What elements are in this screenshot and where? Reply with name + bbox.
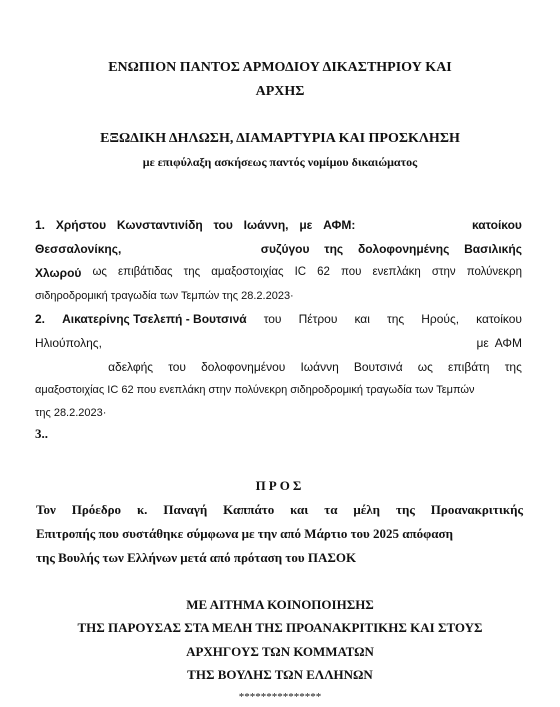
party1-line3: Χλωρού ως επιβάτιδας της αμαξοστοιχίας I… [35, 266, 522, 280]
party1-word: 62 [317, 266, 330, 280]
party2-word: επιβάτη [448, 360, 490, 374]
addressee-word: Τον [36, 502, 56, 518]
addressee-heading: ΠΡΟΣ [0, 478, 560, 494]
notice-line2: ΤΗΣ ΠΑΡΟΥΣΑΣ ΣΤΑ ΜΕΛΗ ΤΗΣ ΠΡΟΑΝΑΚΡΙΤΙΚΗΣ… [0, 620, 560, 636]
redacted-area [35, 360, 93, 374]
party1-word: ως [92, 266, 107, 280]
addressee-word: κ. [137, 502, 147, 518]
party2-word: του [168, 360, 186, 374]
party2-word: του [264, 312, 282, 326]
party2-word: της [387, 312, 404, 326]
party1-word: IC [295, 266, 307, 280]
addressee-line3: της Βουλής των Ελλήνων μετά από πρόταση … [36, 550, 523, 566]
separator-stars: *************** [0, 691, 560, 703]
party1-word: που [341, 266, 361, 280]
party2-number: 2. [35, 312, 45, 326]
party1-line4: σιδηροδρομική τραγωδία των Τεμπών της 28… [35, 290, 522, 302]
party1-number: 1. [35, 218, 45, 232]
party2-word: Ηρούς, [421, 312, 459, 326]
party1-word: πολύνεκρη [467, 266, 522, 280]
notice-line1: ΜΕ ΑΙΤΗΜΑ ΚΟΙΝΟΠΟΙΗΣΗΣ [0, 597, 560, 613]
party2-line4: αμαξοστοιχίας IC 62 που ενεπλάκη στην πο… [35, 384, 522, 396]
party1-word: της [324, 242, 343, 256]
party2-line2: Ηλιούπολης, με ΑΦΜ [35, 336, 522, 350]
party1-line2: Θεσσαλονίκης, συζύγου της δολοφονημένης … [35, 242, 522, 256]
party1-word: Κωνσταντινίδη [117, 218, 203, 232]
party1-line1: 1. Χρήστου Κωνσταντινίδη του Ιωάννη, με … [35, 218, 522, 232]
notice-line4: ΤΗΣ ΒΟΥΛΗΣ ΤΩΝ ΕΛΛΗΝΩΝ [0, 667, 560, 683]
party2-name: Αικατερίνης Τσελεπή - Βουτσινά [62, 312, 247, 326]
party1-word: ενεπλάκη [373, 266, 421, 280]
party2-word: και [354, 312, 369, 326]
party2-word: με ΑΦΜ [477, 336, 523, 350]
party1-word: Χλωρού [35, 266, 81, 280]
party1-word: Ιωάννη, [244, 218, 289, 232]
party2-line3: αδελφής του δολοφονημένου Ιωάννη Βουτσιν… [35, 360, 522, 374]
addressee-line1: Τον Πρόεδρο κ. Παναγή Καππάτο και τα μέλ… [36, 502, 523, 518]
addressee-word: Προανακριτικής [431, 502, 523, 518]
party1-word: στην [432, 266, 456, 280]
addressee-word: Πρόεδρο [72, 502, 121, 518]
addressee-line2: Επιτροπής που συστάθηκε σύμφωνα με την α… [36, 526, 523, 542]
addressee-word: της [396, 502, 415, 518]
party2-word: Ιωάννη [300, 360, 338, 374]
party2-word: δολοφονημένου [201, 360, 285, 374]
party1-word: επιβάτιδας [118, 266, 173, 280]
party2-word: Βουτσινά [354, 360, 403, 374]
party1-word: του [214, 218, 233, 232]
redacted-area [366, 218, 461, 232]
party2-line1: 2. Αικατερίνης Τσελεπή - Βουτσινά του Πέ… [35, 312, 522, 326]
party1-word: ΑΦΜ: [323, 218, 355, 232]
court-heading-line1: ΕΝΩΠΙΟΝ ΠΑΝΤΟΣ ΑΡΜΟΔΙΟΥ ΔΙΚΑΣΤΗΡΙΟΥ ΚΑΙ [0, 60, 560, 76]
document-page: ΕΝΩΠΙΟΝ ΠΑΝΤΟΣ ΑΡΜΟΔΙΟΥ ΔΙΚΑΣΤΗΡΙΟΥ ΚΑΙ … [0, 0, 560, 707]
addressee-word: τα [324, 502, 337, 518]
party2-line5: της 28.2.2023· [35, 407, 522, 419]
party2-word: κατοίκου [476, 312, 522, 326]
addressee-word: Παναγή [163, 502, 207, 518]
party2-word: Πέτρου [299, 312, 338, 326]
party1-word: με [299, 218, 312, 232]
addressee-word: μέλη [353, 502, 380, 518]
party1-word: δολοφονημένης [358, 242, 449, 256]
party2-word: Ηλιούπολης, [35, 336, 102, 350]
party1-word: αμαξοστοιχίας [211, 266, 283, 280]
party1-word: συζύγου [261, 242, 310, 256]
party2-word: ως [418, 360, 433, 374]
addressee-word: Καππάτο [223, 502, 274, 518]
notice-line3: ΑΡΧΗΓΟΥΣ ΤΩΝ ΚΟΜΜΑΤΩΝ [0, 644, 560, 660]
party2-word: αδελφής [108, 360, 153, 374]
party2-word: της [505, 360, 522, 374]
party1-word: της [184, 266, 200, 280]
addressee-word: και [290, 502, 308, 518]
party1-word: Βασιλικής [464, 242, 522, 256]
redacted-area [136, 242, 246, 256]
party3-number: 3.. [35, 426, 522, 442]
court-heading-line2: ΑΡΧΗΣ [0, 84, 560, 100]
party1-word: Θεσσαλονίκης, [35, 242, 121, 256]
document-title: ΕΞΩΔΙΚΗ ΔΗΛΩΣΗ, ΔΙΑΜΑΡΤΥΡΙΑ ΚΑΙ ΠΡΟΣΚΛΗΣ… [0, 131, 560, 147]
document-subtitle: με επιφύλαξη ασκήσεως παντός νομίμου δικ… [0, 155, 560, 170]
party1-word: Χρήστου [56, 218, 106, 232]
party1-word: κατοίκου [472, 218, 522, 232]
